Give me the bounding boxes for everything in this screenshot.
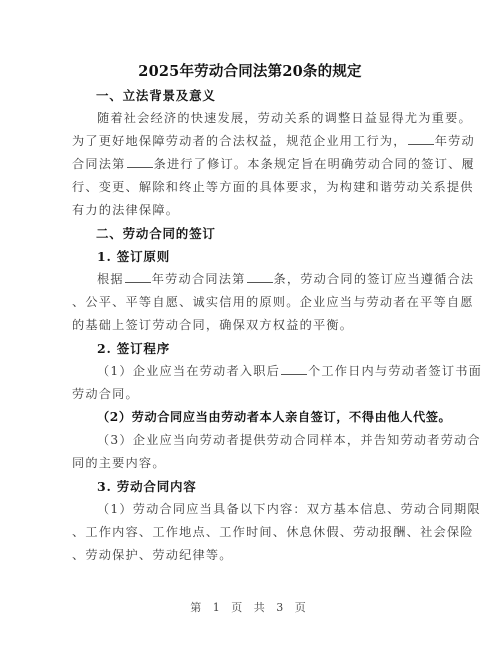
paragraph-line: 、公平、平等自愿、诚实信用的原则。企业应当与劳动者在平等自愿 bbox=[72, 293, 474, 310]
subsection-heading: 2. 签订程序 bbox=[97, 339, 170, 357]
paragraph-line: 有力的法律保障。 bbox=[72, 201, 179, 218]
paragraph-line: （1）企业应当在劳动者入职后个工作日内与劳动者签订书面 bbox=[97, 362, 482, 379]
fill-blank bbox=[281, 363, 307, 375]
document-page: 2025年劳动合同法第20条的规定 一、立法背景及意义 随着社会经济的快速发展，… bbox=[0, 0, 500, 647]
paragraph-line: 、劳动保护、劳动纪律等。 bbox=[72, 546, 233, 563]
fill-blank bbox=[408, 133, 434, 145]
paragraph-line: 同的主要内容。 bbox=[72, 454, 166, 471]
paragraph-line-bold: （2）劳动合同应当由劳动者本人亲自签订，不得由他人代签。 bbox=[97, 408, 451, 425]
paragraph-line: 合同法第条进行了修订。本条规定旨在明确劳动合同的签订、履 bbox=[72, 155, 475, 172]
document-title: 2025年劳动合同法第20条的规定 bbox=[0, 60, 500, 81]
paragraph-line: 行、变更、解除和终止等方面的具体要求，为构建和谐劳动关系提供 bbox=[72, 178, 474, 195]
paragraph-line: 劳动合同。 bbox=[72, 385, 139, 402]
paragraph-line: 的基础上签订劳动合同，确保双方权益的平衡。 bbox=[72, 316, 353, 333]
section-heading: 二、劳动合同的签订 bbox=[96, 224, 216, 242]
fill-blank bbox=[247, 271, 273, 283]
section-heading: 一、立法背景及意义 bbox=[96, 86, 216, 104]
fill-blank bbox=[127, 156, 153, 168]
subsection-heading: 3. 劳动合同内容 bbox=[97, 477, 197, 495]
paragraph-line: 、工作内容、工作地点、工作时间、休息休假、劳动报酬、社会保险 bbox=[72, 523, 474, 540]
paragraph-line: （1）劳动合同应当具备以下内容：双方基本信息、劳动合同期限 bbox=[97, 500, 481, 517]
paragraph-line: 根据年劳动合同法第条，劳动合同的签订应当遵循合法 bbox=[97, 270, 474, 287]
paragraph-line: 为了更好地保障劳动者的合法权益，规范企业用工行为，年劳动 bbox=[72, 132, 475, 149]
subsection-heading: 1. 签订原则 bbox=[97, 247, 170, 265]
page-number-footer: 第 1 页 共 3 页 bbox=[0, 599, 500, 615]
paragraph-line: （3）企业应当向劳动者提供劳动合同样本，并告知劳动者劳动合 bbox=[97, 431, 481, 448]
fill-blank bbox=[125, 271, 151, 283]
paragraph-line: 随着社会经济的快速发展，劳动关系的调整日益显得尤为重要。 bbox=[97, 109, 472, 126]
